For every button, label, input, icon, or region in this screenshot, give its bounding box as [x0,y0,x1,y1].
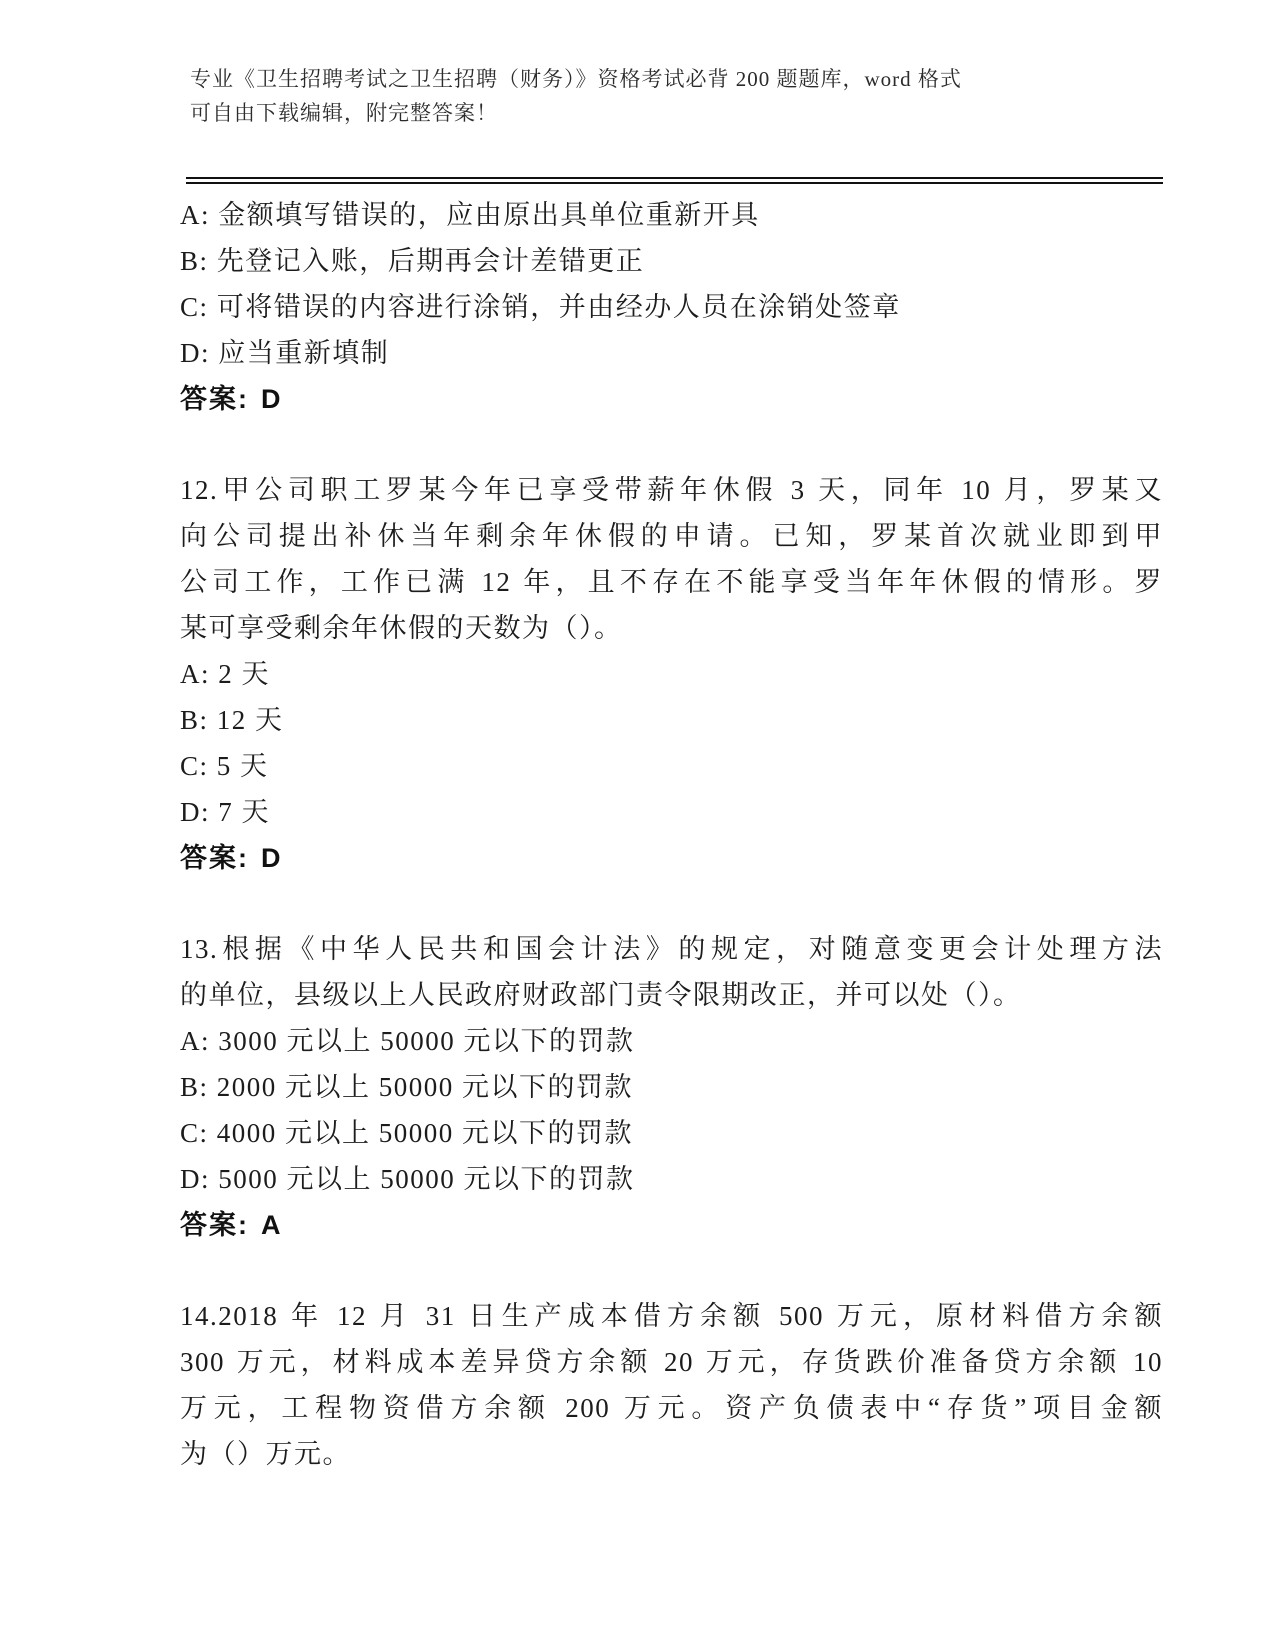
header-divider [186,177,1163,184]
q13-answer-label: 答案: [180,1210,249,1240]
q13-stem-line-2: 的单位，县级以上人民政府财政部门责令限期改正，并可以处（）。 [180,972,1163,1018]
question-13-block: 13.根据《中华人民共和国会计法》的规定，对随意变更会计处理方法 的单位，县级以… [180,926,1163,1248]
q12-stem-line-3: 公司工作，工作已满 12 年，且不存在不能享受当年年休假的情形。罗 [180,559,1163,605]
q11-option-b: B: 先登记入账，后期再会计差错更正 [180,238,1163,284]
q11-answer-label: 答案: [180,384,249,414]
q12-option-d: D: 7 天 [180,789,1163,835]
q12-stem-line-1: 12.甲公司职工罗某今年已享受带薪年休假 3 天，同年 10 月，罗某又 [180,467,1163,513]
header-line-2: 可自由下载编辑，附完整答案！ [190,96,1165,130]
q11-option-c: C: 可将错误的内容进行涂销，并由经办人员在涂销处签章 [180,284,1163,330]
document-body: A: 金额填写错误的，应由原出具单位重新开具 B: 先登记入账，后期再会计差错更… [180,192,1163,1477]
header-line-1: 专业《卫生招聘考试之卫生招聘（财务）》资格考试必背 200 题题库，word 格… [190,62,1165,96]
q11-option-d: D: 应当重新填制 [180,330,1163,376]
question-11-block: A: 金额填写错误的，应由原出具单位重新开具 B: 先登记入账，后期再会计差错更… [180,192,1163,422]
q12-answer-value: D [261,843,283,873]
q14-stem-line-2: 300 万元，材料成本差异贷方余额 20 万元，存货跌价准备贷方余额 10 [180,1339,1163,1385]
question-12-block: 12.甲公司职工罗某今年已享受带薪年休假 3 天，同年 10 月，罗某又 向公司… [180,467,1163,881]
q11-answer-value: D [261,384,283,414]
q11-answer-line: 答案:D [180,376,1163,422]
q13-answer-value: A [261,1210,283,1240]
document-page: 专业《卫生招聘考试之卫生招聘（财务）》资格考试必背 200 题题库，word 格… [0,0,1275,1650]
q13-answer-line: 答案:A [180,1202,1163,1248]
q12-option-c: C: 5 天 [180,743,1163,789]
page-header: 专业《卫生招聘考试之卫生招聘（财务）》资格考试必背 200 题题库，word 格… [190,0,1165,130]
q13-stem-line-1: 13.根据《中华人民共和国会计法》的规定，对随意变更会计处理方法 [180,926,1163,972]
q12-option-b: B: 12 天 [180,697,1163,743]
question-14-block: 14.2018 年 12 月 31 日生产成本借方余额 500 万元，原材料借方… [180,1293,1163,1477]
q14-stem-line-4: 为（）万元。 [180,1431,1163,1477]
q12-stem-line-4: 某可享受剩余年休假的天数为（）。 [180,605,1163,651]
q12-option-a: A: 2 天 [180,651,1163,697]
q13-option-d: D: 5000 元以上 50000 元以下的罚款 [180,1156,1163,1202]
q11-option-a: A: 金额填写错误的，应由原出具单位重新开具 [180,192,1163,238]
q13-option-a: A: 3000 元以上 50000 元以下的罚款 [180,1018,1163,1064]
q13-option-b: B: 2000 元以上 50000 元以下的罚款 [180,1064,1163,1110]
q14-stem-line-3: 万元，工程物资借方余额 200 万元。资产负债表中“存货”项目金额 [180,1385,1163,1431]
q14-stem-line-1: 14.2018 年 12 月 31 日生产成本借方余额 500 万元，原材料借方… [180,1293,1163,1339]
q13-option-c: C: 4000 元以上 50000 元以下的罚款 [180,1110,1163,1156]
q12-answer-line: 答案:D [180,835,1163,881]
q12-stem-line-2: 向公司提出补休当年剩余年休假的申请。已知，罗某首次就业即到甲 [180,513,1163,559]
q12-answer-label: 答案: [180,843,249,873]
